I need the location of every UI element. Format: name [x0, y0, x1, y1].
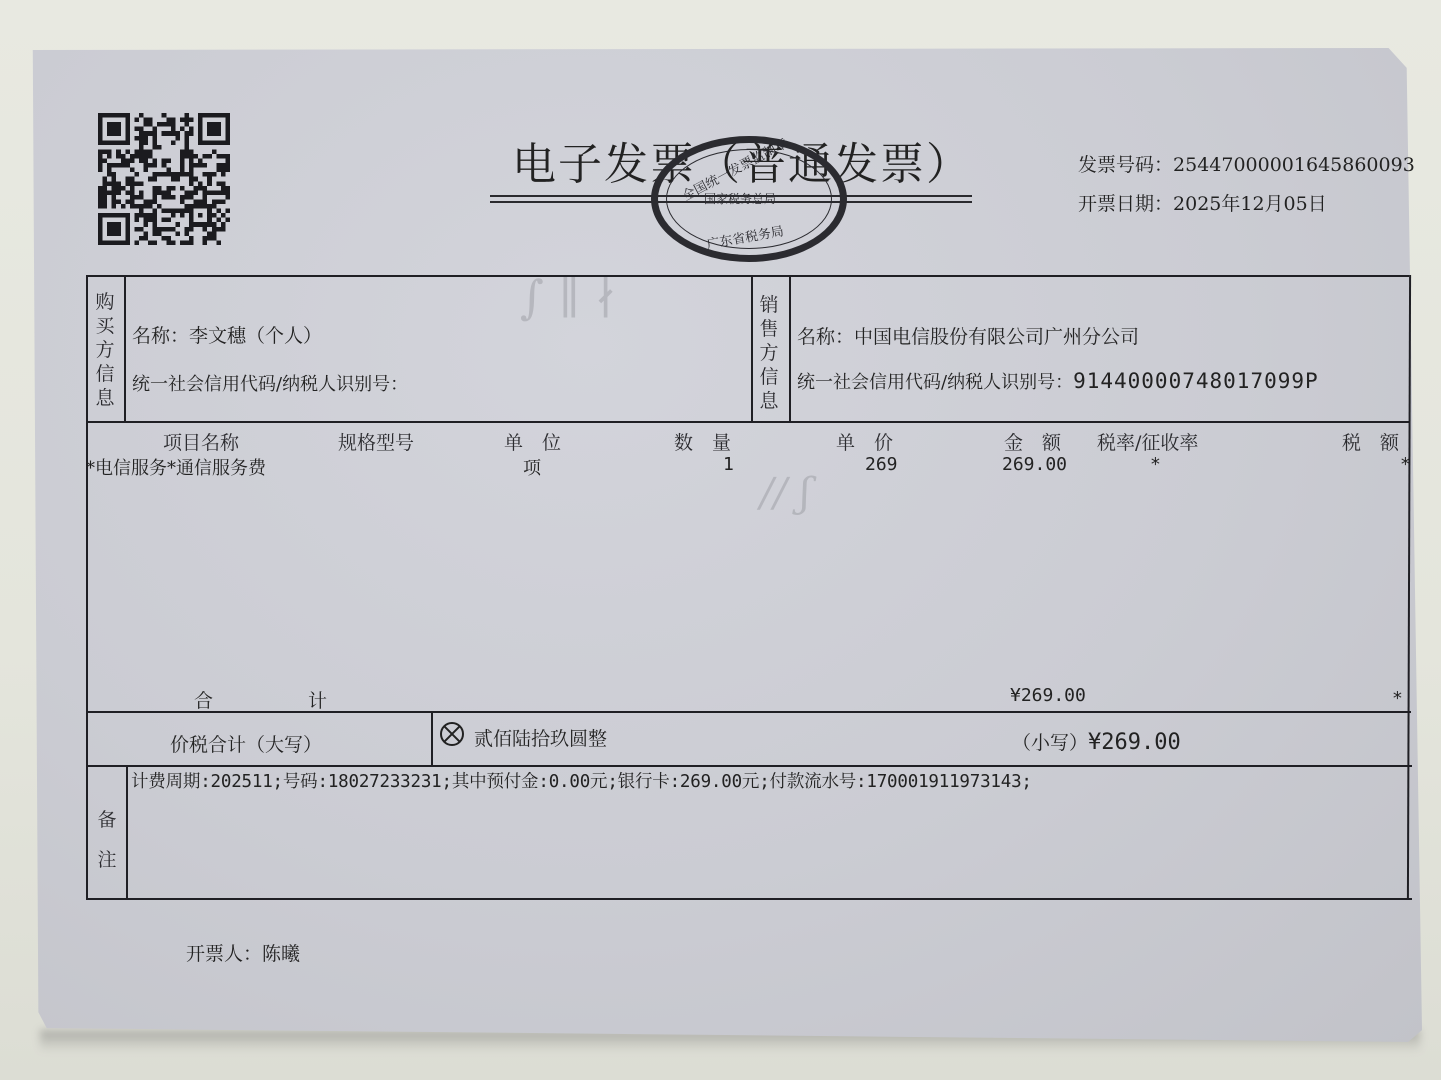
show-through-mark: ∕∕ ʃ [760, 470, 811, 516]
seal-middle-text: 国家税务总局 [704, 190, 776, 207]
item-unit: 项 [523, 454, 541, 480]
seller-name: 名称：中国电信股份有限公司广州分公司 [797, 322, 1139, 349]
show-through-mark: ∫ ∥ ∤ [520, 270, 616, 324]
grand-total-label: 价税合计（大写） [170, 730, 322, 757]
item-name: *电信服务*通信服务费 [86, 454, 266, 480]
item-tax-rate: * [1150, 454, 1161, 475]
header-unit-price: 单 价 [836, 428, 893, 455]
item-tax-amount: * [1400, 454, 1411, 475]
invoice-number-label: 发票号码： [1078, 154, 1173, 176]
buyer-name: 名称：李文穗（个人） [132, 321, 322, 348]
seller-label-divider [789, 275, 791, 422]
header-spec: 规格型号 [338, 428, 414, 455]
table-border-bottom [87, 898, 1412, 900]
buyer-tax-id: 统一社会信用代码/纳税人识别号： [132, 370, 408, 396]
issuer: 开票人：陈曦 [186, 939, 300, 966]
grand-total-figures: （小写）¥269.00 [1012, 728, 1181, 755]
total-words-divider [431, 711, 433, 766]
x-circle-icon [440, 722, 464, 746]
remarks-label-divider [126, 765, 128, 899]
item-qty: 1 [723, 454, 734, 475]
invoice-number: 发票号码：25447000001645860093 [1078, 150, 1415, 177]
grand-total-words: 贰佰陆拾玖圆整 [474, 724, 607, 751]
invoice-number-value: 25447000001645860093 [1173, 154, 1415, 176]
table-border-top [87, 275, 1409, 277]
tax-bureau-seal: 全国统一发票监制章 国家税务总局 广东省税务局 [651, 136, 847, 262]
buyer-label-divider [124, 275, 126, 422]
header-qty: 数 量 [674, 428, 731, 455]
total-tax: * [1392, 688, 1403, 709]
buyer-section-label: 购 买 方 信 息 [93, 290, 117, 410]
remarks-section-label: 备 注 [95, 800, 119, 880]
remarks-text: 计费周期:202511;号码:18027233231;其中预付金:0.00元;银… [131, 768, 1032, 793]
header-unit: 单 位 [504, 428, 561, 455]
header-amount: 金 额 [1004, 428, 1061, 455]
seller-section-label: 销 售 方 信 息 [757, 293, 781, 413]
item-unit-price: 269 [865, 454, 898, 475]
header-tax-rate: 税率/征收率 [1097, 428, 1198, 455]
seller-tax-id: 统一社会信用代码/纳税人识别号：91440000748017099P [797, 368, 1319, 394]
item-amount: 269.00 [1002, 454, 1067, 475]
header-tax-amount: 税 额 [1342, 428, 1399, 455]
invoice-date-label: 开票日期： [1078, 193, 1173, 215]
invoice-date-value: 2025年12月05日 [1173, 193, 1327, 215]
total-label: 合 计 [194, 686, 327, 713]
table-border-left [86, 275, 88, 900]
table-border [87, 421, 1410, 423]
header-item-name: 项目名称 [163, 428, 239, 455]
table-border [87, 765, 1412, 767]
buyer-seller-divider [751, 275, 753, 422]
invoice-date: 开票日期：2025年12月05日 [1078, 189, 1327, 216]
total-amount: ¥269.00 [1010, 685, 1086, 706]
qr-code-icon [98, 113, 230, 245]
